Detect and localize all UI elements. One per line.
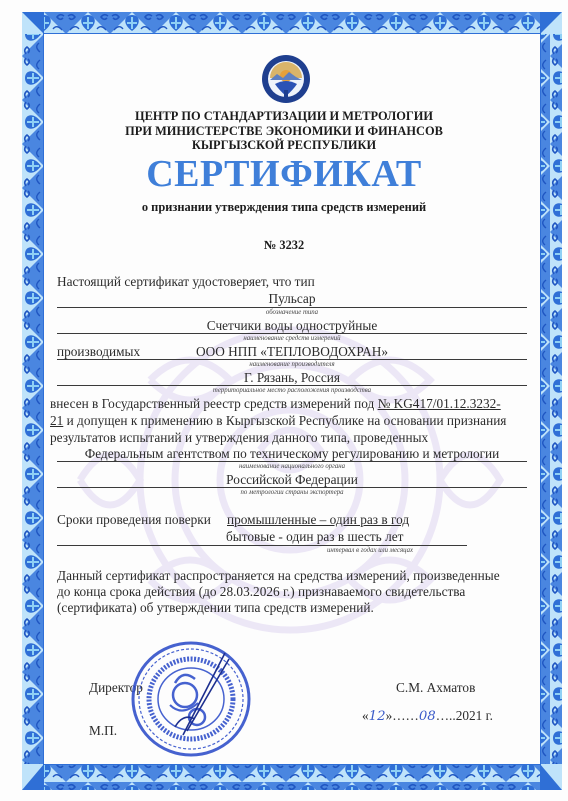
intro-text: Настоящий сертификат удостоверяет, что т… — [57, 274, 315, 290]
registry-text: внесен в Государственный реестр средств … — [50, 396, 378, 411]
organization-line: ПРИ МИНИСТЕРСТВЕ ЭКОНОМИКИ И ФИНАНСОВ — [0, 124, 568, 139]
national-body-caption: наименование национального органа — [57, 463, 527, 470]
scope-line: (сертификата) об утверждении типа средст… — [57, 600, 500, 616]
organization-line: КЫРГЫЗСКОЙ РЕСПУБЛИКИ — [0, 138, 568, 153]
director-name: С.М. Ахматов — [396, 680, 475, 696]
issue-date: «12»……08…..2021 г. — [362, 708, 493, 725]
date-month: 08 — [419, 709, 436, 724]
instrument-name: Счетчики воды одноструйные — [57, 318, 527, 334]
exporter-country-caption: по метрологии страны экспортера — [57, 489, 527, 496]
date-separator: »…… — [386, 708, 419, 723]
certificate-number: № 3232 — [0, 238, 568, 253]
verification-household: бытовые - один раз в шесть лет — [226, 529, 403, 545]
type-designation: Пульсар — [57, 291, 527, 307]
verification-caption: интервал в годах или месяцах — [290, 547, 450, 554]
verification-industrial: промышленные – один раз в год — [227, 512, 409, 528]
stamp-label: М.П. — [89, 723, 117, 739]
organization-line: ЦЕНТР ПО СТАНДАРТИЗАЦИИ И МЕТРОЛОГИИ — [0, 109, 568, 124]
rule-line — [57, 333, 527, 334]
national-body: Федеральным агентством по техническому р… — [57, 446, 527, 462]
issuing-organization: ЦЕНТР ПО СТАНДАРТИЗАЦИИ И МЕТРОЛОГИИ ПРИ… — [0, 109, 568, 153]
scope-line: Данный сертификат распространяется на ср… — [57, 568, 500, 584]
registry-line-3: результатов испытаний и утверждения данн… — [50, 430, 428, 446]
rule-line — [57, 487, 527, 488]
exporter-country: Российской Федерации — [57, 472, 527, 488]
kyrgyz-state-emblem-icon — [261, 48, 311, 110]
manufacturer-caption: наименование производителя — [57, 361, 527, 368]
production-location: Г. Рязань, Россия — [57, 370, 527, 386]
date-year: 2021 г. — [456, 708, 493, 723]
rule-line — [57, 461, 527, 462]
scope-text: Данный сертификат распространяется на ср… — [57, 568, 500, 616]
certificate-title: СЕРТИФИКАТ — [0, 154, 568, 194]
registry-number-suffix: 21 — [50, 413, 63, 428]
verification-label: Сроки проведения поверки — [57, 512, 211, 528]
rule-line — [57, 307, 527, 308]
registry-line-2: 21 и допущен к применению в Кыргызской Р… — [50, 413, 506, 429]
date-quote: « — [362, 708, 369, 723]
certificate-subtitle: о признании утверждения типа средств изм… — [0, 200, 568, 215]
registry-line-1: внесен в Государственный реестр средств … — [50, 396, 501, 412]
rule-line — [57, 359, 527, 360]
rule-line — [57, 385, 527, 386]
official-seal-icon — [125, 635, 257, 760]
registry-number: № KG417/01.12.3232- — [378, 396, 501, 411]
scope-line: до конца срока действия (до 28.03.2026 г… — [57, 584, 500, 600]
date-day: 12 — [369, 709, 386, 724]
manufacturer-name: ООО НПП «ТЕПЛОВОДОХРАН» — [57, 344, 527, 360]
instrument-name-caption: наименование средств измерений — [57, 335, 527, 342]
registry-text: и допущен к применению в Кыргызской Респ… — [63, 413, 506, 428]
rule-line — [57, 545, 467, 546]
date-separator: ….. — [436, 708, 456, 723]
production-location-caption: территориальное место расположения произ… — [57, 387, 527, 394]
type-designation-caption: обозначение типа — [57, 309, 527, 316]
